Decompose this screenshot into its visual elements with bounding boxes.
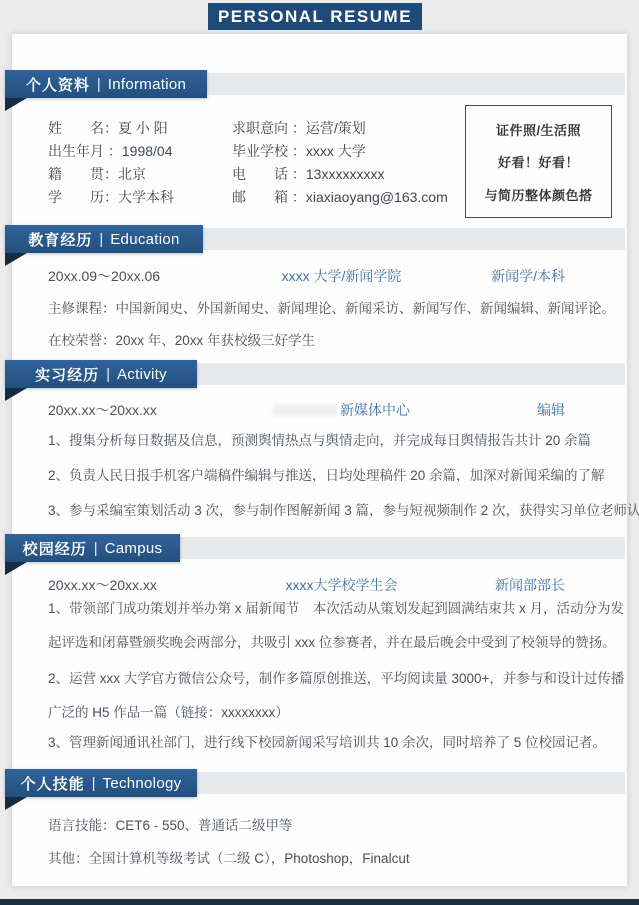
field-value: 13xxxxxxxxx (306, 166, 385, 182)
info-field: 求职意向 ：运营/策划 (232, 121, 448, 135)
section-title-separator: | (106, 366, 110, 383)
field-label: 求职意向 ： (232, 120, 306, 136)
campus-item: 1、带领部门成功策划并举办第 x 届新闻节 本次活动从策划发起到圆满结束共 x … (48, 592, 626, 660)
activity-date: 20xx.xx～20xx.xx (48, 400, 233, 420)
activity-organization: 新媒体中心 (233, 400, 450, 420)
info-field: 学 历：大学本科 (48, 190, 174, 204)
section-title-zh: 个人技能 (21, 773, 85, 794)
section-title-en: Campus (105, 540, 163, 557)
education-date: 20xx.09～20xx.06 (48, 266, 233, 286)
field-label: 出生年月 ： (48, 143, 122, 159)
section-title-zh: 个人资料 (26, 74, 90, 95)
section-title-en: Education (110, 231, 179, 248)
education-courses: 主修课程：中国新闻史、外国新闻史、新闻理论、新闻采访、新闻写作、新闻编辑、新闻评… (48, 299, 626, 318)
section-title-separator: | (92, 775, 96, 792)
field-label: 学 历： (48, 189, 118, 205)
bottom-divider-bar (0, 899, 639, 905)
field-label: 毕业学校 ： (232, 143, 306, 159)
section-title-en: Information (108, 76, 186, 93)
section-header-technology: 个人技能 | Technology (5, 769, 197, 797)
info-field: 出生年月 ：1998/04 (48, 144, 174, 158)
section-title-zh: 校园经历 (23, 538, 87, 559)
section-title-zh: 实习经历 (35, 364, 99, 385)
activity-item: 3、参与采编室策划活动 3 次，参与制作图解新闻 3 篇，参与短视频制作 2 次… (48, 501, 626, 520)
photo-note-line: 好看！好看！ (498, 152, 579, 171)
photo-placeholder: 证件照/生活照 好看！好看！ 与简历整体颜色搭 (465, 105, 612, 218)
info-fields-right: 求职意向 ：运营/策划 毕业学校 ：xxxx 大学 电 话 ：13xxxxxxx… (232, 121, 448, 213)
field-label: 邮 箱 ： (232, 189, 306, 205)
info-field: 毕业学校 ：xxxx 大学 (232, 144, 448, 158)
field-value: xiaxiaoyang@163.com (306, 189, 448, 205)
activity-position: 编辑 (450, 400, 565, 420)
info-field: 邮 箱 ：xiaxiaoyang@163.com (232, 190, 448, 204)
skills-other: 其他：全国计算机等级考试（二级 C），Photoshop，Finalcut (48, 849, 626, 868)
field-value: xxxx 大学 (306, 143, 366, 159)
field-label: 籍 贯： (48, 166, 118, 182)
activity-item: 1、搜集分析每日数据及信息，预测舆情热点与舆情走向，并完成每日舆情报告共计 20… (48, 431, 626, 450)
section-title-separator: | (97, 76, 101, 93)
info-field: 姓 名：夏 小 阳 (48, 121, 174, 135)
campus-item: 2、运营 xxx 大学官方微信公众号，制作多篇原创推送，平均阅读量 3000+，… (48, 662, 626, 730)
field-value: 运营/策划 (306, 120, 366, 136)
field-label: 姓 名： (48, 120, 118, 136)
education-honors: 在校荣誉：20xx 年、20xx 年获校级三好学生 (48, 331, 626, 350)
activity-row: 20xx.xx～20xx.xx 新媒体中心 编辑 (48, 400, 565, 420)
section-header-information: 个人资料 | Information (5, 70, 207, 98)
section-title-separator: | (99, 231, 103, 248)
activity-org-name: 新媒体中心 (340, 402, 410, 418)
education-row: 20xx.09～20xx.06 xxxx 大学/新闻学院 新闻学/本科 (48, 266, 565, 286)
education-school: xxxx 大学/新闻学院 (233, 266, 450, 286)
section-header-activity: 实习经历 | Activity (5, 360, 197, 388)
redacted-text (273, 404, 337, 416)
education-major: 新闻学/本科 (450, 266, 565, 286)
field-value: 大学本科 (118, 189, 174, 205)
activity-item: 2、负责人民日报手机客户端稿件编辑与推送，日均处理稿件 20 余篇，加深对新闻采… (48, 466, 626, 485)
info-field: 电 话 ：13xxxxxxxxx (232, 167, 448, 181)
field-value: 1998/04 (122, 143, 173, 159)
section-title-separator: | (94, 540, 98, 557)
field-value: 北京 (118, 166, 146, 182)
info-fields-left: 姓 名：夏 小 阳 出生年月 ：1998/04 籍 贯：北京 学 历：大学本科 (48, 121, 174, 213)
photo-note-line: 与简历整体颜色搭 (484, 185, 592, 204)
skills-language: 语言技能：CET6 - 550、普通话二级甲等 (48, 816, 626, 835)
section-title-zh: 教育经历 (28, 229, 92, 250)
section-title-en: Technology (103, 775, 182, 792)
info-field: 籍 贯：北京 (48, 167, 174, 181)
page-title: PERSONAL RESUME (208, 3, 422, 30)
section-title-en: Activity (117, 366, 167, 383)
field-value: 夏 小 阳 (118, 120, 168, 136)
photo-note-line: 证件照/生活照 (496, 120, 581, 139)
section-header-education: 教育经历 | Education (5, 225, 203, 253)
campus-item: 3、管理新闻通讯社部门，进行线下校园新闻采写培训共 10 余次，同时培养了 5 … (48, 726, 626, 760)
field-label: 电 话 ： (232, 166, 306, 182)
section-header-campus: 校园经历 | Campus (5, 534, 180, 562)
